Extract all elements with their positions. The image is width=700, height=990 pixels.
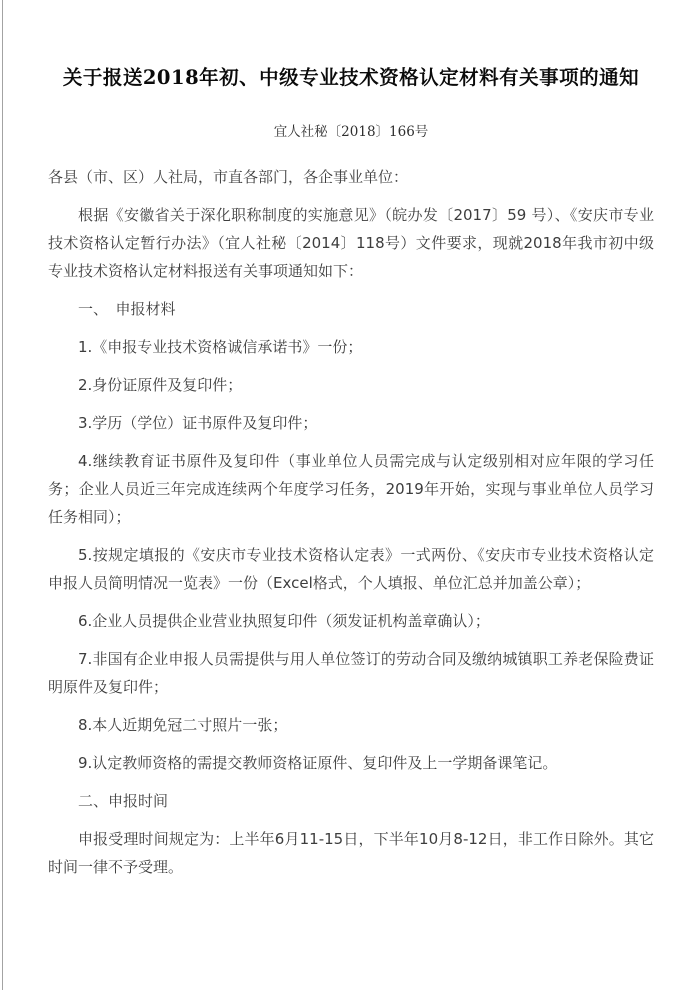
paragraph: 7.非国有企业申报人员需提供与用人单位签订的劳动合同及缴纳城镇职工养老保险费证明… [48, 645, 654, 701]
paragraph: 6.企业人员提供企业营业执照复印件（须发证机构盖章确认）； [48, 607, 654, 635]
paragraph: 4.继续教育证书原件及复印件（事业单位人员需完成与认定级别相对应年限的学习任务；… [48, 447, 654, 531]
paragraph: 3.学历（学位）证书原件及复印件； [48, 409, 654, 437]
document-page: 关于报送2018年初、中级专业技术资格认定材料有关事项的通知 宜人社秘〔2018… [0, 0, 700, 990]
paragraph: 2.身份证原件及复印件； [48, 371, 654, 399]
document-title: 关于报送2018年初、中级专业技术资格认定材料有关事项的通知 [48, 64, 654, 91]
paragraph: 各县（市、区）人社局，市直各部门，各企事业单位： [48, 163, 654, 191]
paragraph: 8.本人近期免冠二寸照片一张； [48, 711, 654, 739]
paragraph: 根据《安徽省关于深化职称制度的实施意见》（皖办发〔2017〕59 号）、《安庆市… [48, 201, 654, 285]
paragraph: 二、申报时间 [48, 787, 654, 815]
paragraph: 申报受理时间规定为：上半年6月11-15日，下半年10月8-12日，非工作日除外… [48, 825, 654, 881]
paragraph: 1.《申报专业技术资格诚信承诺书》一份； [48, 333, 654, 361]
document-number: 宜人社秘〔2018〕166号 [48, 123, 654, 141]
paragraph-list: 各县（市、区）人社局，市直各部门，各企事业单位：根据《安徽省关于深化职称制度的实… [48, 163, 654, 881]
notice-document: 关于报送2018年初、中级专业技术资格认定材料有关事项的通知 宜人社秘〔2018… [0, 0, 700, 881]
paragraph: 9.认定教师资格的需提交教师资格证原件、复印件及上一学期备课笔记。 [48, 749, 654, 777]
paragraph: 一、 申报材料 [48, 295, 654, 323]
paragraph: 5.按规定填报的《安庆市专业技术资格认定表》一式两份、《安庆市专业技术资格认定申… [48, 541, 654, 597]
